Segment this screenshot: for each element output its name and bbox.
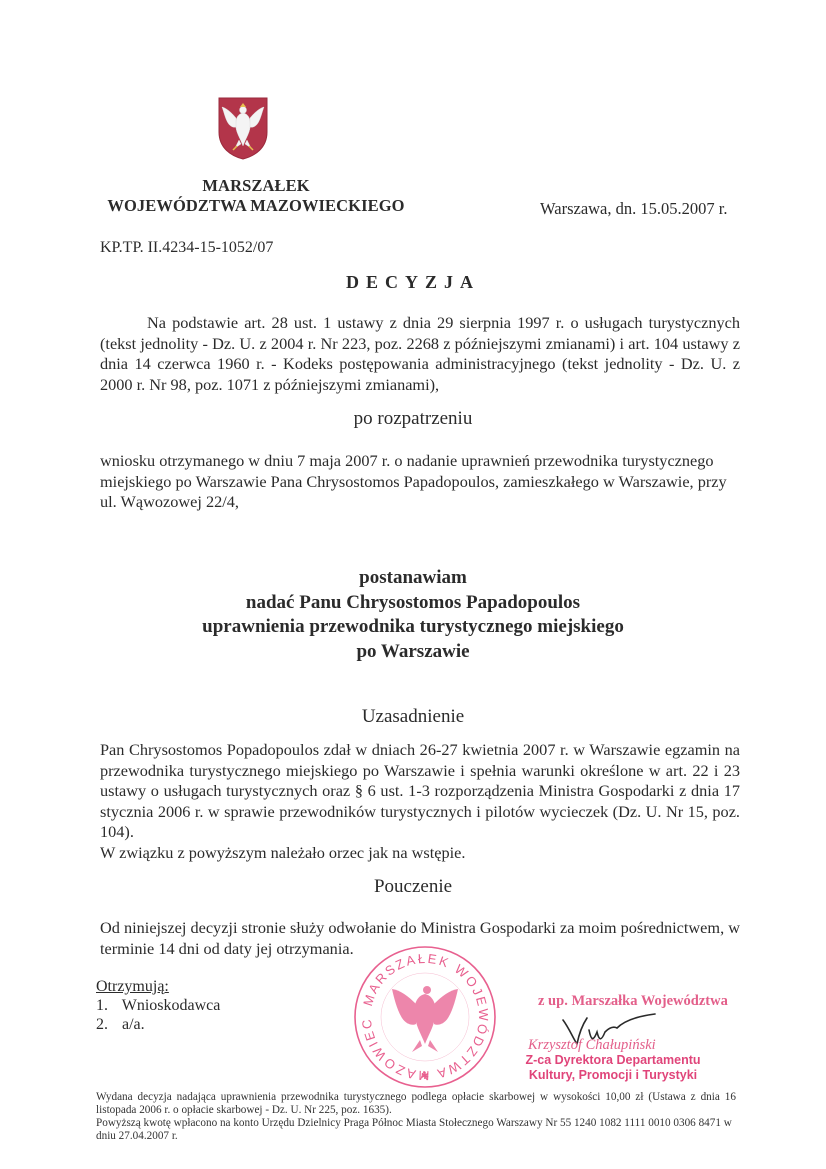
instruction-heading: Pouczenie	[0, 876, 826, 898]
fee-note: Wydana decyzja nadająca uprawnienia prze…	[96, 1091, 736, 1143]
decision-line: po Warszawie	[0, 640, 826, 665]
justification-text: Pan Chrysostomos Popadopoulos zdał w dni…	[100, 740, 740, 843]
fee-note-line-1: Wydana decyzja nadająca uprawnienia prze…	[96, 1091, 736, 1117]
signatory-role-line-2: Kultury, Promocji i Turystyki	[523, 1068, 703, 1083]
decision-line: nadać Panu Chrysostomos Papadopoulos	[0, 591, 826, 616]
justification-heading: Uzasadnienie	[0, 706, 826, 728]
legal-basis-paragraph: Na podstawie art. 28 ust. 1 ustawy z dni…	[100, 313, 740, 395]
recipient-number: 2.	[96, 1015, 118, 1034]
fee-note-line-2: Powyższą kwotę wpłacono na konto Urzędu …	[96, 1117, 736, 1143]
official-round-stamp-icon: MARSZAŁEK WOJEWÓDZTWA MAZOWIECKIEGO ✱	[352, 944, 498, 1090]
justification-conclusion: W związku z powyższym należało orzec jak…	[100, 843, 740, 864]
authorization-text: z up. Marszałka Województwa	[538, 993, 728, 1010]
issuer-line-2: WOJEWÓDZTWA MAZOWIECKIEGO	[96, 196, 416, 216]
document-title: DECYZJA	[0, 272, 826, 293]
signatory-name: Krzysztof Chałupiński	[528, 1037, 656, 1054]
recipients-title: Otrzymują:	[96, 977, 220, 996]
decision-block: postanawiam nadać Panu Chrysostomos Papa…	[0, 566, 826, 664]
application-paragraph: wniosku otrzymanego w dniu 7 maja 2007 r…	[100, 451, 740, 513]
recipient-item: 1. Wnioskodawca	[96, 996, 220, 1015]
signatory-role-line-1: Z-ca Dyrektora Departamentu	[523, 1053, 703, 1068]
place-date: Warszawa, dn. 15.05.2007 r.	[540, 199, 727, 219]
decision-line: uprawnienia przewodnika turystycznego mi…	[0, 615, 826, 640]
recipient-item: 2. a/a.	[96, 1015, 220, 1034]
issuer-name: MARSZAŁEK WOJEWÓDZTWA MAZOWIECKIEGO	[96, 176, 416, 216]
signatory-role: Z-ca Dyrektora Departamentu Kultury, Pro…	[523, 1053, 703, 1083]
mazovia-coat-of-arms-icon	[217, 96, 269, 160]
reference-number: KP.TP. II.4234-15-1052/07	[100, 239, 273, 257]
justification-paragraph: Pan Chrysostomos Popadopoulos zdał w dni…	[100, 740, 740, 863]
recipients-list: Otrzymują: 1. Wnioskodawca 2. a/a.	[96, 977, 220, 1034]
issuer-line-1: MARSZAŁEK	[96, 176, 416, 196]
recipient-label: Wnioskodawca	[122, 997, 221, 1014]
svg-text:✱: ✱	[421, 1071, 429, 1082]
decision-line: postanawiam	[0, 566, 826, 591]
considering-heading: po rozpatrzeniu	[0, 408, 826, 430]
recipient-label: a/a.	[122, 1016, 145, 1033]
recipient-number: 1.	[96, 996, 118, 1015]
